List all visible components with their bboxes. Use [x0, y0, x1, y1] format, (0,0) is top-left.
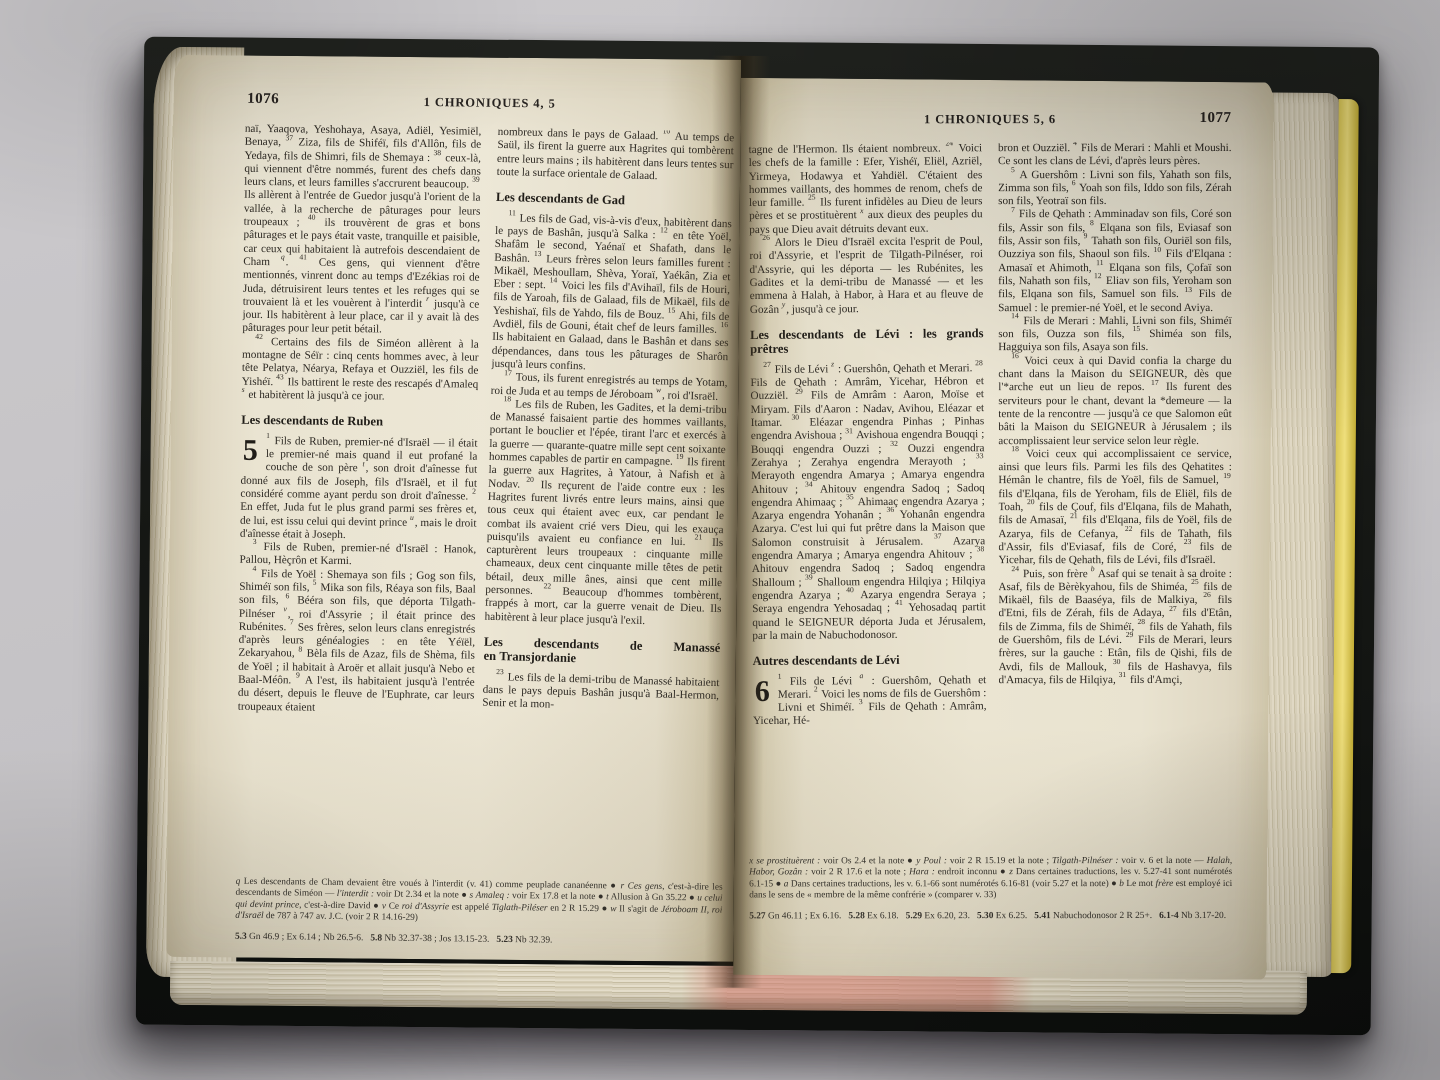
verse-paragraph: 4 Fils de Yoël : Shemaya son fils ; Gog … [238, 567, 476, 716]
verse-paragraph: tagne de l'Hermon. Ils étaient nombreux.… [749, 142, 983, 237]
photo-scene: 1076 1 CHRONIQUES 4, 5 naï, Yaaqova, Yes… [0, 0, 1440, 1080]
section-heading: Les descendants de Manassé en Transjorda… [483, 635, 720, 670]
text-column: nombreux dans le pays de Galaad. 10 Au t… [477, 126, 734, 878]
verse-paragraph: 18 Les fils de Ruben, les Gadites, et la… [484, 398, 727, 630]
page-left: 1076 1 CHRONIQUES 4, 5 naï, Yaaqova, Yes… [166, 55, 741, 962]
running-head-right: 1 CHRONIQUES 5, 6 1077 [749, 110, 1232, 130]
text-column: naï, Yaaqova, Yeshohaya, Asaya, Adiël, Y… [236, 123, 482, 872]
verse-paragraph: naï, Yaaqova, Yeshohaya, Asaya, Adiël, Y… [242, 123, 481, 339]
page-number-right: 1077 [1200, 110, 1232, 127]
section-heading: Les descendants de Ruben [241, 413, 478, 430]
verse-paragraph: 11 Les fils de Gad, vis-à-vis d'eux, hab… [491, 212, 732, 378]
verse-paragraph: 24 Puis, son frère b Asaf qui se tenait … [998, 567, 1232, 687]
verse-paragraph: 18 Voici ceux qui accomplissaient ce ser… [998, 448, 1232, 568]
verse-paragraph: bron et Ouzziël. 4 Fils de Merari : Mahl… [998, 142, 1232, 169]
text-columns-right: tagne de l'Hermon. Ils étaient nombreux.… [749, 142, 1233, 848]
section-heading: Les descendants de Gad [495, 190, 732, 211]
verse-paragraph: 23 Les fils de la demi-tribu de Manassé … [482, 671, 719, 717]
text-column: bron et Ouzziël. 4 Fils de Merari : Mahl… [998, 142, 1232, 848]
running-title-right: 1 CHRONIQUES 5, 6 [749, 112, 1232, 127]
verse-paragraph: 5 A Guershôm : Livni son fils, Yahath so… [998, 169, 1232, 209]
verse-paragraph: 27 Fils de Lévi z : Guershôn, Qehath et … [750, 362, 986, 643]
footnotes-text: x se prostituèrent : voir Os 2.4 et la n… [749, 856, 1232, 902]
verse-paragraph: 3 Fils de Ruben, premier-né d'Israël : H… [239, 541, 476, 570]
verse-paragraph: nombreux dans le pays de Galaad. 10 Au t… [496, 126, 734, 186]
text-column: tagne de l'Hermon. Ils étaient nombreux.… [749, 142, 988, 850]
footnotes-text: q Les descendants de Cham devaient être … [235, 877, 723, 929]
verse-paragraph: 16 Voici ceux à qui David confia la char… [998, 355, 1232, 448]
verse-paragraph: 26 Alors le Dieu d'Israël excita l'espri… [749, 235, 983, 317]
verse-paragraph: 42 Certains des fils de Siméon allèrent … [242, 336, 479, 405]
section-heading: Autres descendants de Lévi [753, 652, 987, 668]
chapter-opening-text: 1 Fils de Lévi a : Guershôm, Qehath et M… [753, 674, 986, 728]
running-title-left: 1 CHRONIQUES 4, 5 [245, 93, 734, 114]
chapter-opening-text: 1 Fils de Ruben, premier-né d'Israël — i… [240, 435, 478, 541]
page-right: 1 CHRONIQUES 5, 6 1077 tagne de l'Hermon… [733, 78, 1274, 980]
page-left-content: 1076 1 CHRONIQUES 4, 5 naï, Yaaqova, Yes… [164, 54, 742, 999]
chapter-number: 6 [755, 678, 770, 703]
section-heading: Les descendants de Lévi : les grands prê… [750, 326, 984, 357]
cross-references: 5.3 Gn 46.9 ; Ex 6.14 ; Nb 26.5-6. 5.8 N… [235, 931, 722, 948]
verse-paragraph: 61 Fils de Lévi a : Guershôm, Qehath et … [753, 674, 987, 729]
chapter-number: 5 [243, 438, 258, 463]
verse-paragraph: 14 Fils de Merari : Mahli, Livni son fil… [998, 315, 1232, 355]
footnotes-left: q Les descendants de Cham devaient être … [235, 877, 725, 949]
verse-paragraph: 7 Fils de Qehath : Amminadav son fils, C… [998, 208, 1232, 315]
book: 1076 1 CHRONIQUES 4, 5 naï, Yaaqova, Yes… [136, 23, 1380, 1036]
footnotes-right: x se prostituèrent : voir Os 2.4 et la n… [749, 856, 1232, 923]
verse-paragraph: 51 Fils de Ruben, premier-né d'Israël — … [240, 434, 478, 543]
cross-references: 5.27 Gn 46.11 ; Ex 6.16. 5.28 Ex 6.18. 5… [749, 911, 1232, 923]
text-columns-left: naï, Yaaqova, Yeshohaya, Asaya, Adiël, Y… [236, 123, 734, 875]
page-right-content: 1 CHRONIQUES 5, 6 1077 tagne de l'Hermon… [736, 80, 1270, 1007]
running-head-left: 1076 1 CHRONIQUES 4, 5 [245, 91, 734, 117]
